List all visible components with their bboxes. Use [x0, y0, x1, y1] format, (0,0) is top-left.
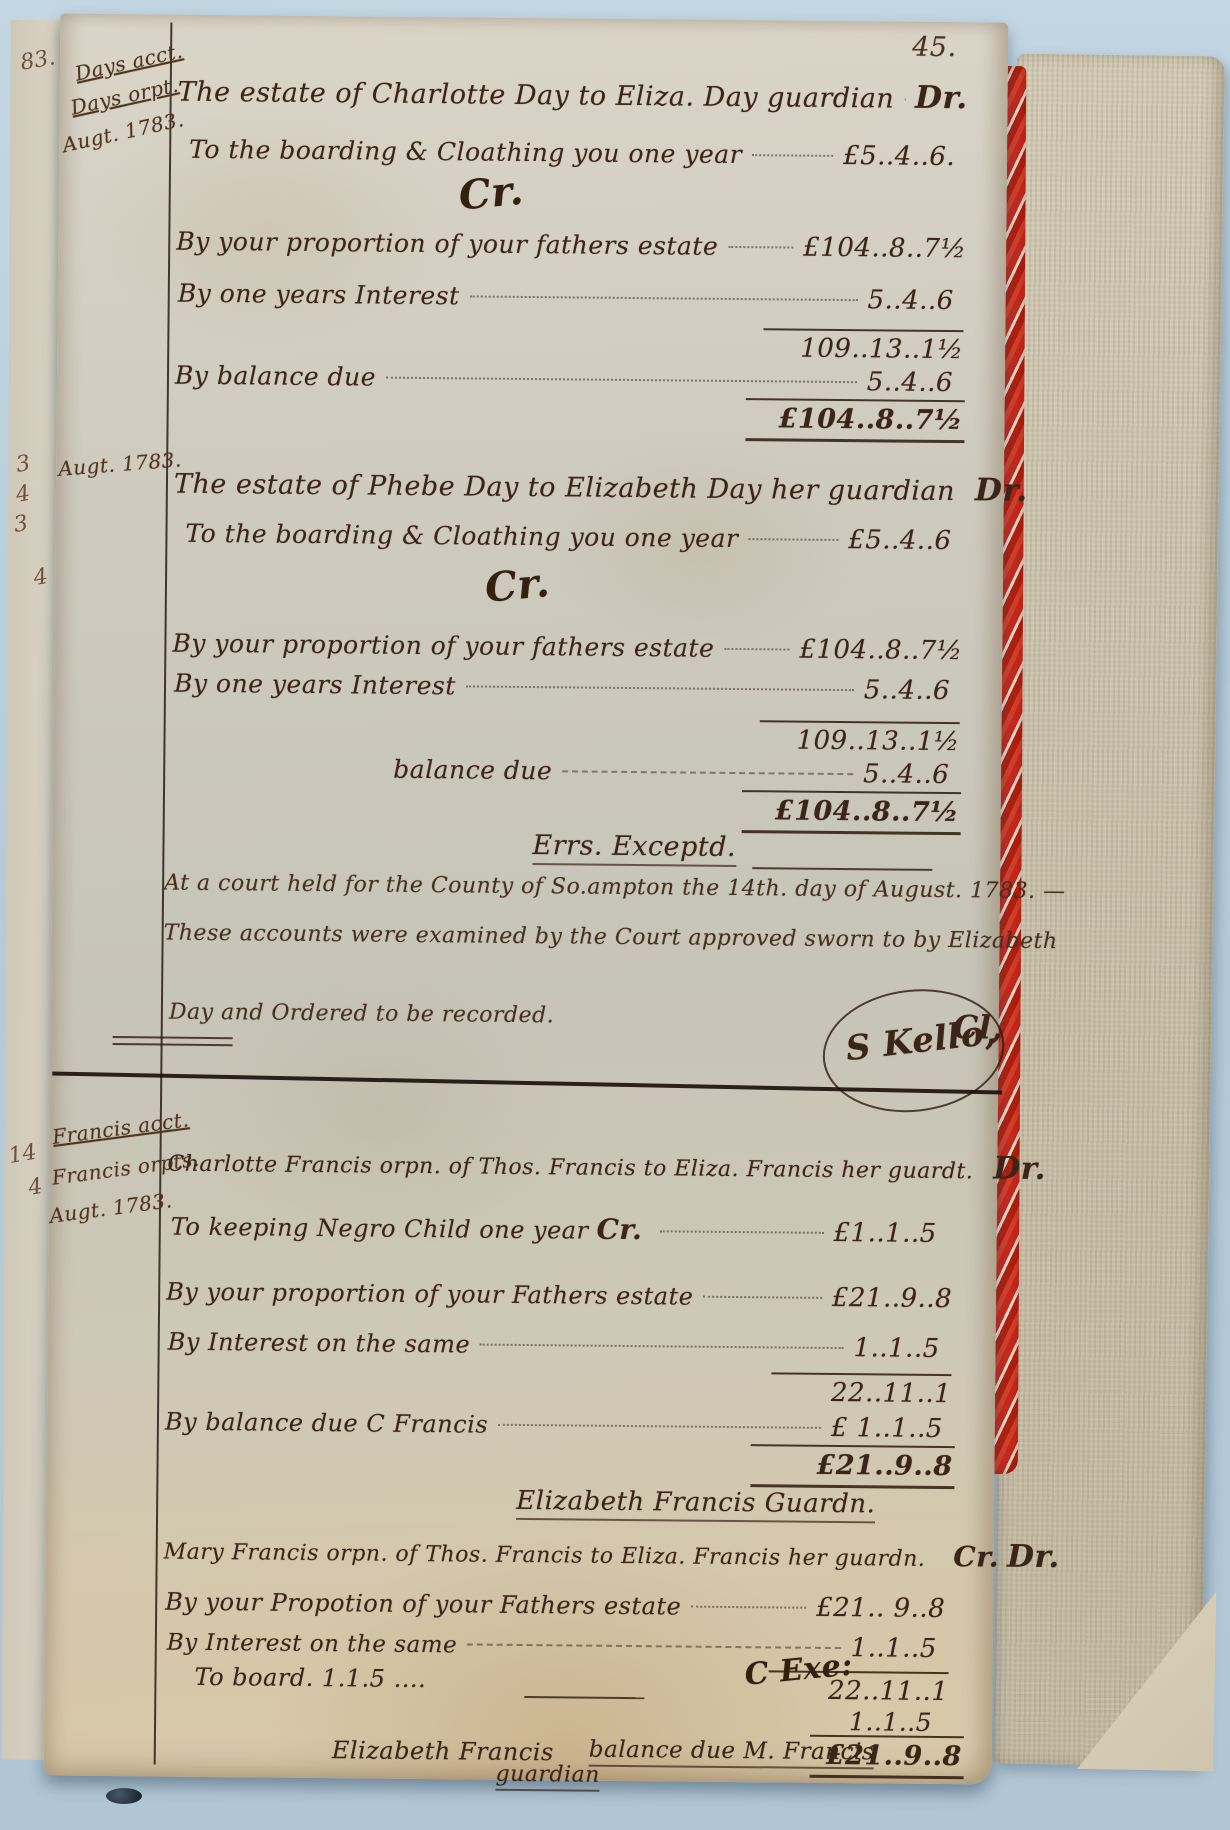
- margin-note-phebe: Augt. 1783.: [57, 447, 182, 481]
- total-amount: £104..8..7½: [742, 790, 961, 835]
- credit-mark: Cr.: [953, 1540, 999, 1573]
- account-title: The estate of Charlotte Day to Eliza. Da…: [178, 77, 895, 115]
- line-label: By Interest on the same: [168, 1328, 471, 1359]
- debit-mark: Dr.: [975, 472, 1028, 509]
- photo-scene: 83. 3 4 3 4 14 4 45. Days acct. Days orp…: [0, 0, 1230, 1830]
- account-title: Mary Francis orpn. of Thos. Francis to E…: [164, 1540, 926, 1572]
- guardian-signature-role: guardian: [495, 1762, 600, 1792]
- dot-leader: [691, 1606, 806, 1609]
- page-fragment: 4: [32, 564, 50, 591]
- account-title: The estate of Phebe Day to Elizabeth Day…: [174, 469, 955, 507]
- account-title-row: The estate of Phebe Day to Elizabeth Day…: [174, 465, 964, 509]
- line-amount: 5..4..6: [867, 285, 953, 316]
- line-amount: £5..4..6.: [843, 141, 955, 172]
- ledger-line: By your proportion of your fathers estat…: [176, 227, 966, 265]
- line-label: By your proportion of your fathers estat…: [172, 629, 714, 663]
- line-label: By balance due C Francis: [165, 1408, 488, 1439]
- page-fragment: 4: [14, 481, 32, 508]
- dot-leader: [466, 685, 854, 691]
- ledger-line: To the boarding & Cloathing you one year…: [185, 519, 951, 556]
- flourish-line: [752, 867, 932, 871]
- flourish-line: [524, 1696, 644, 1699]
- ledger-line: By your proportion of your Fathers estat…: [166, 1277, 952, 1315]
- credit-mark: Cr.: [457, 167, 526, 220]
- errors-excepted-note: Errs. Exceptd.: [532, 830, 736, 867]
- ledger-line: By your Propotion of your Fathers estate…: [165, 1587, 945, 1624]
- dot-leader: [498, 1424, 821, 1429]
- line-label: By one years Interest: [178, 279, 460, 311]
- debit-mark: Dr.: [1007, 1539, 1060, 1576]
- ledger-line: To the boarding & Cloathing you one year…: [189, 135, 955, 172]
- page-fragment: 3: [12, 511, 30, 538]
- line-amount: 1..1..5: [850, 1633, 936, 1664]
- total-amount: £21..9..8: [750, 1444, 954, 1489]
- line-label: By your Propotion of your Fathers estate: [165, 1588, 681, 1621]
- line-amount: £5..4..6: [848, 525, 952, 556]
- subtotal-amount: 109..13..1½: [763, 328, 963, 365]
- line-amount: £104..8..7½: [803, 233, 966, 265]
- line-amount: 5..4..6: [864, 675, 950, 706]
- debit-mark: Dr.: [993, 1150, 1046, 1187]
- ledger-line: By Interest on the same 1..1..5: [168, 1327, 940, 1364]
- line-label: By one years Interest: [174, 669, 456, 701]
- ledger-page: 45. Days acct. Days orpt. Augt. 1783. Th…: [44, 13, 1009, 1784]
- line-label: By balance due: [175, 361, 376, 392]
- dash-leader: [904, 99, 905, 101]
- line-amount: 5..4..6: [863, 759, 949, 790]
- page-fragment: 4: [26, 1174, 44, 1201]
- line-label: By Interest on the same: [167, 1630, 458, 1659]
- balance-due-note: balance due M. Francis: [589, 1737, 875, 1770]
- dot-leader: [728, 246, 793, 249]
- account-title-row: Mary Francis orpn. of Thos. Francis to E…: [164, 1531, 964, 1575]
- clerk-title: Cl,: [953, 1008, 1004, 1046]
- line-label: By your proportion of your Fathers estat…: [166, 1278, 693, 1311]
- credit-mark: Cr.: [483, 559, 552, 612]
- dash-leader: [562, 770, 853, 775]
- credit-mark-inline: Cr.: [596, 1213, 642, 1246]
- ledger-line: By balance due 5..4..6: [175, 361, 953, 398]
- court-record-line: At a court held for the County of So.amp…: [164, 871, 1066, 905]
- subtotal-amount: 22..11..1: [771, 1372, 951, 1409]
- line-amount: £21..9..8: [832, 1283, 953, 1314]
- board-note: To board. 1.1.5 ....: [194, 1663, 426, 1693]
- dot-leader: [748, 538, 838, 541]
- page-fragment: 3: [14, 451, 32, 478]
- account-title-row: The estate of Charlotte Day to Eliza. Da…: [178, 73, 968, 117]
- line-label: To keeping Negro Child one year: [171, 1213, 589, 1245]
- subtotal-amount: 109..13..1½: [759, 720, 959, 757]
- line-amount: £1..1..5: [833, 1218, 937, 1249]
- paragraph-end-flourish: [113, 1036, 233, 1046]
- dash-leader: [467, 1643, 841, 1649]
- line-amount: 5..4..6: [867, 367, 953, 398]
- guardian-signature: Elizabeth Francis Guardn.: [516, 1486, 875, 1523]
- ledger-line: To keeping Negro Child one year Cr. £1..…: [171, 1209, 937, 1249]
- debit-mark: Dr.: [915, 80, 968, 117]
- dot-leader: [703, 1296, 822, 1299]
- book-clasp: [106, 1788, 142, 1804]
- line-label: balance due: [393, 755, 552, 786]
- dot-leader: [470, 295, 858, 301]
- account-title: Charlotte Francis orpn. of Thos. Francis…: [167, 1152, 973, 1185]
- line-label: By your proportion of your fathers estat…: [176, 227, 718, 261]
- book-cover-cloth: [993, 54, 1225, 1767]
- dot-leader: [660, 1230, 823, 1234]
- line-label: To the boarding & Cloathing you one year: [185, 519, 738, 553]
- line-amount: 1..1..5: [853, 1333, 939, 1364]
- margin-note-francis-3: Augt. 1783.: [48, 1188, 174, 1228]
- page-number: 45.: [912, 32, 957, 63]
- line-label: To the boarding & Cloathing you one year: [189, 135, 742, 169]
- dot-leader: [752, 154, 833, 157]
- page-fragment: 83.: [18, 45, 57, 76]
- ledger-line: By balance due C Francis £ 1..1..5: [165, 1407, 943, 1444]
- ledger-line: By one years Interest 5..4..6: [174, 669, 950, 706]
- account-title-row: Charlotte Francis orpn. of Thos. Francis…: [167, 1143, 961, 1187]
- dot-leader: [480, 1344, 843, 1349]
- line-amount: 1..1..5: [849, 1707, 932, 1737]
- line-amount: £104..8..7½: [799, 635, 962, 667]
- line-amount: £21.. 9..8: [816, 1593, 945, 1624]
- court-record-line: Day and Ordered to be recorded.: [169, 1000, 555, 1029]
- dot-leader: [386, 377, 857, 384]
- court-record-line: These accounts were examined by the Cour…: [164, 921, 1058, 955]
- ledger-line: By one years Interest 5..4..6: [178, 279, 954, 316]
- page-fragment: 14: [7, 1140, 39, 1169]
- total-amount: £104..8..7½: [745, 398, 964, 443]
- dot-leader: [724, 648, 789, 651]
- ledger-line: By your proportion of your fathers estat…: [172, 629, 962, 667]
- ledger-line: balance due 5..4..6: [393, 755, 949, 790]
- clerk-signature-circle: S Kello,: [816, 980, 1011, 1122]
- line-amount: £ 1..1..5: [831, 1413, 943, 1444]
